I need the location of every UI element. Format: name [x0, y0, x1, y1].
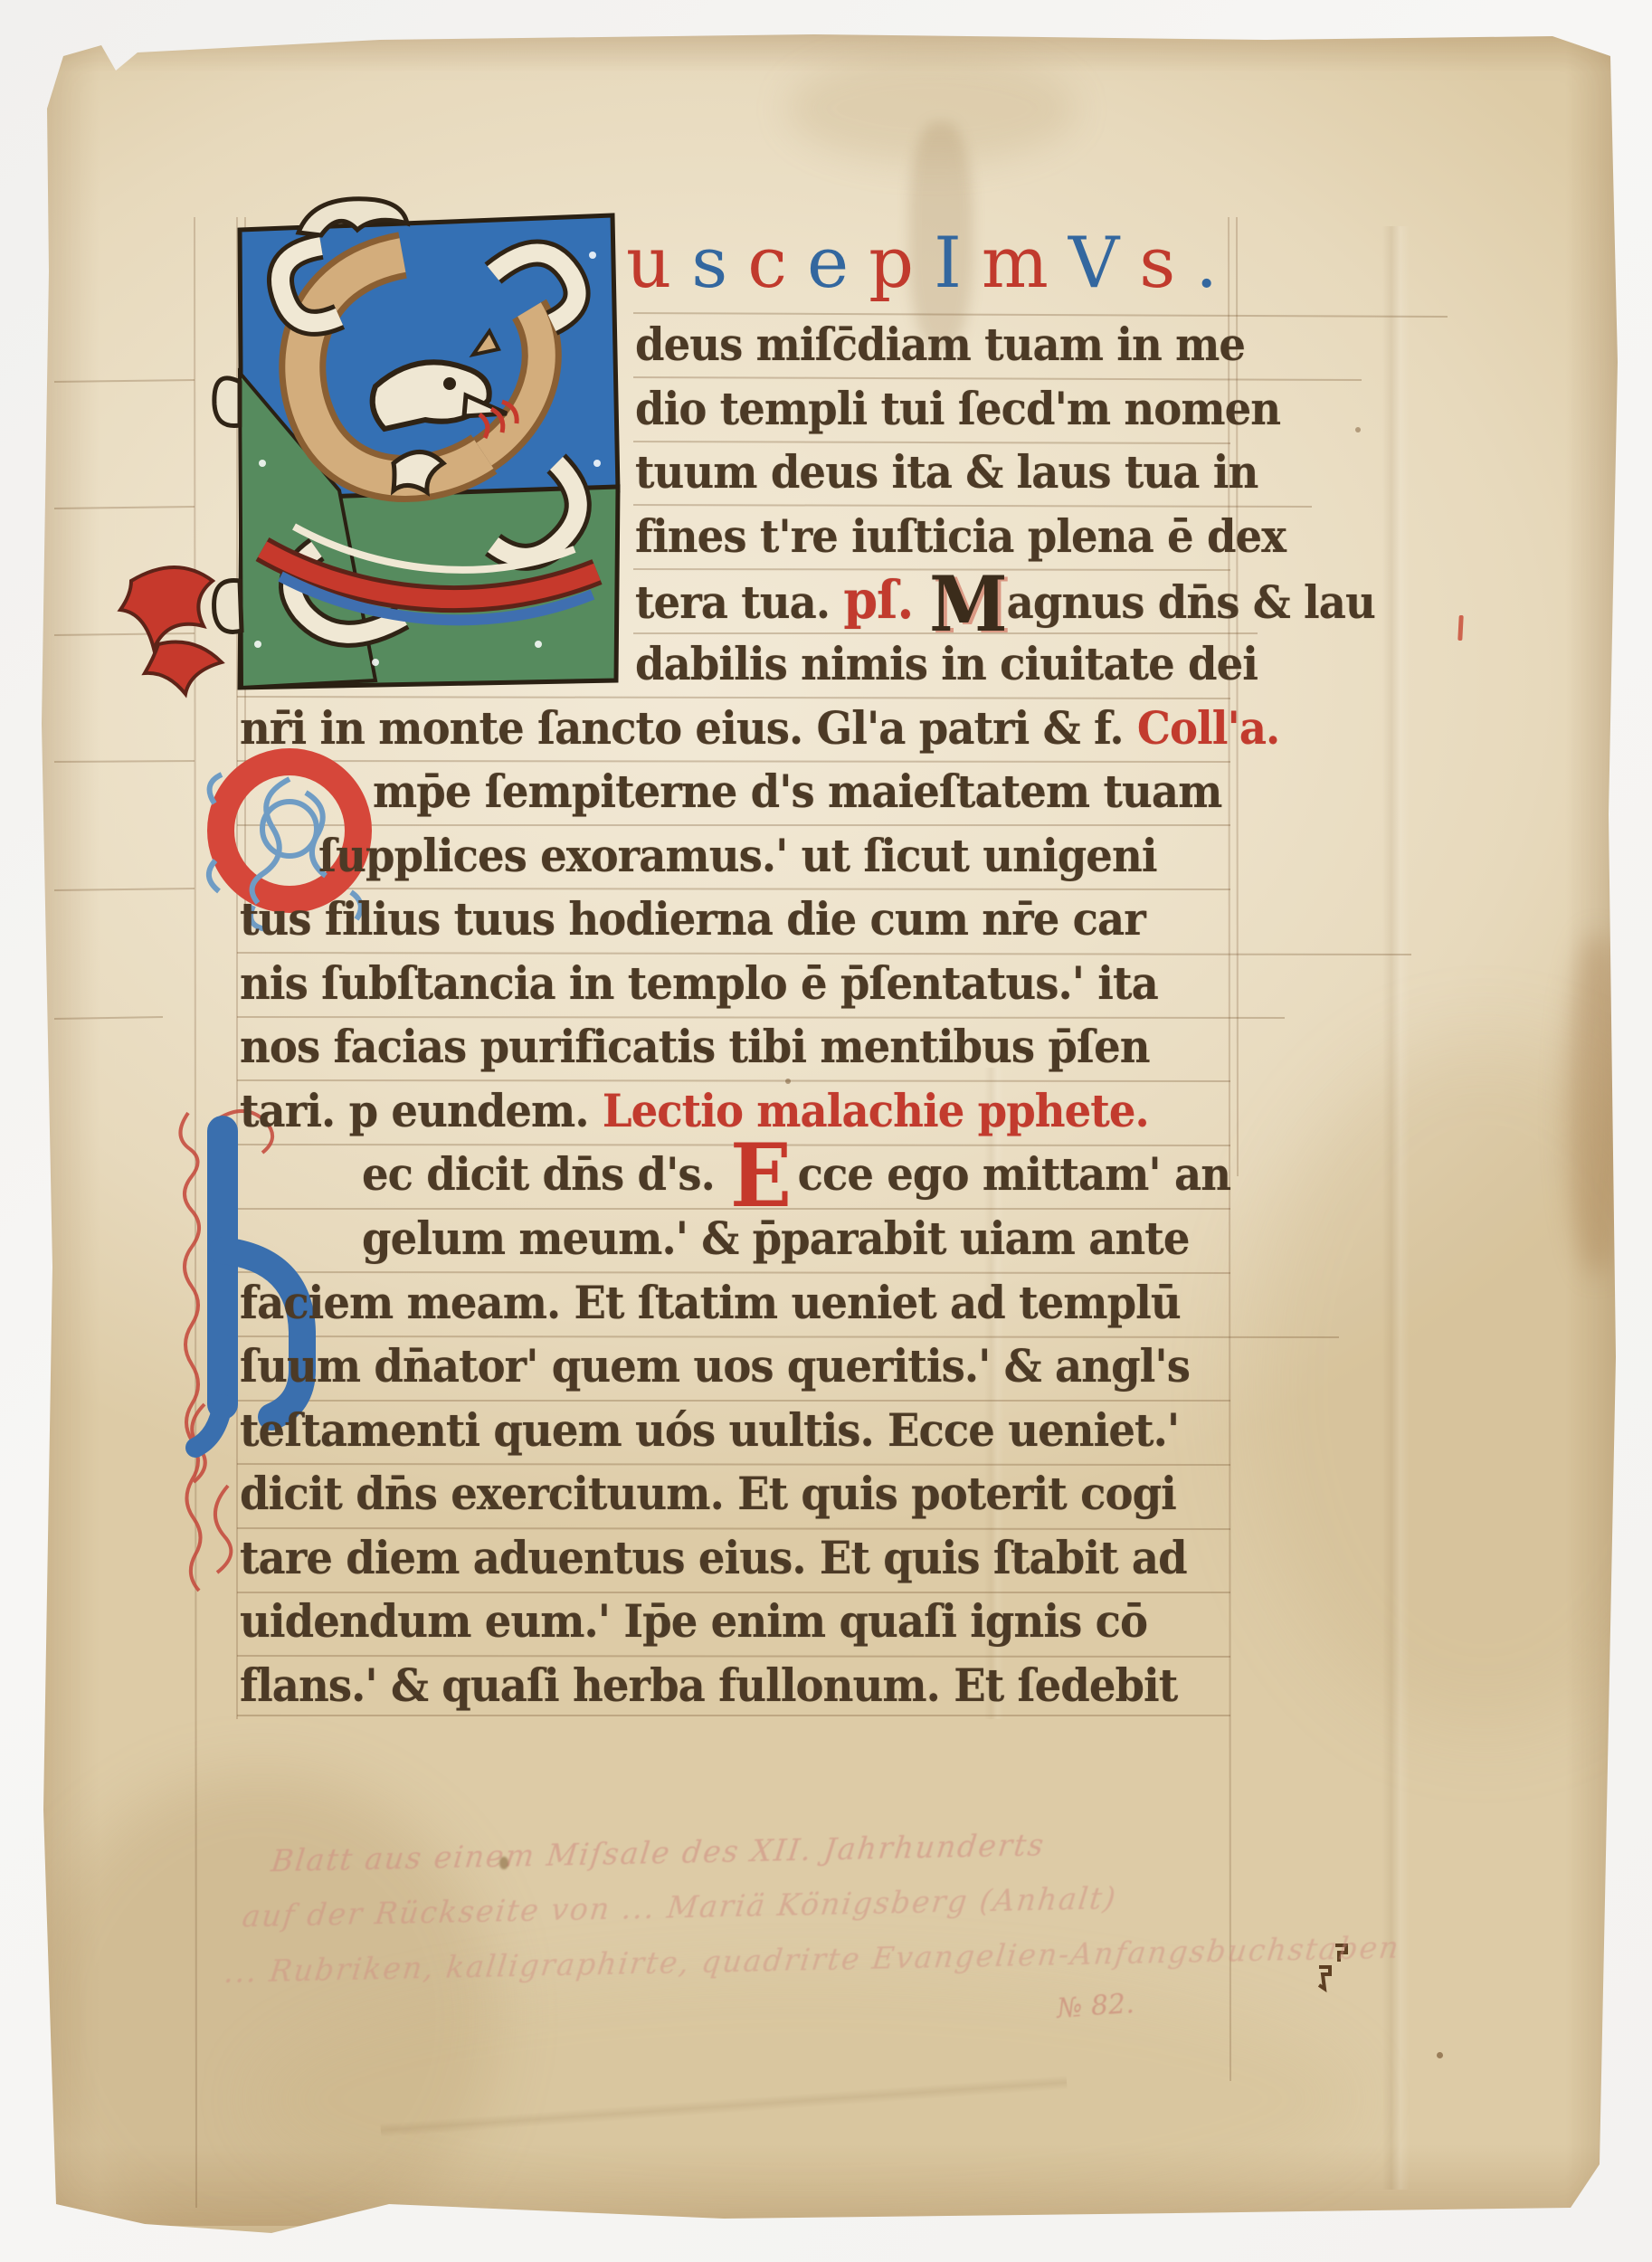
text-line: mp̄e ſempiterne d's maieſtatem tuam: [373, 765, 1221, 818]
text-line: dabilis nimis in ciuitate dei: [635, 638, 1258, 690]
psalm-sign: pſ.: [843, 569, 929, 631]
line-text: ſupplices exoramus.' ut ſicut unigeni: [318, 829, 1157, 882]
line-text: tera tua.: [635, 575, 843, 629]
text-line: nr̄i in monte ſancto eius. Gl'a patri & …: [240, 702, 1279, 755]
title-letter: .: [1195, 228, 1218, 299]
line-text: ec dicit dn̄s d's.: [362, 1147, 728, 1201]
text-line: faciem meam. Et ſtatim ueniet ad templū: [240, 1277, 1181, 1329]
text-line: nos facias purificatis tibi mentibus p̄ſ…: [240, 1021, 1150, 1073]
text-line: ſuum dn̄ator' quem uos queritis.' & angl…: [240, 1340, 1190, 1392]
parchment-leaf: u s c e p I m V s .: [0, 0, 1652, 2262]
title-letter: s: [691, 228, 727, 299]
line-text: flans.' & quaſi herba fullonum. Et ſedeb…: [240, 1658, 1177, 1712]
line-text: uidendum eum.' Ip̄e enim quaſi ignis cō: [240, 1594, 1147, 1648]
line-text: tari. p eundem.: [240, 1084, 603, 1137]
line-text: mp̄e ſempiterne d's maieſtatem tuam: [373, 765, 1221, 818]
title-letter: V: [1068, 228, 1119, 299]
text-line: ec dicit dn̄s d's. Ecce ego mittam' an: [362, 1148, 1230, 1202]
title-letter: p: [869, 228, 914, 299]
line-text: gelum meum.' & p̄parabit uiam ante: [362, 1212, 1189, 1265]
text-line: teſtamenti quem uós uultis. Ecce ueniet.…: [240, 1404, 1179, 1457]
wormhole: [1596, 2179, 1607, 2190]
text-line: tus filius tuus hodierna die cum nr̄e ca…: [240, 893, 1145, 946]
text-line: deus miſc̄diam tuam in me: [635, 318, 1245, 371]
manuscript-photo: u s c e p I m V s .: [0, 0, 1652, 2262]
text-line: tuum deus ita & laus tua in: [635, 446, 1258, 499]
line-text: agnus dn̄s & lau: [1007, 575, 1375, 629]
line-text: dicit dn̄s exercituum. Et quis poterit c…: [240, 1467, 1176, 1520]
line-text: dio templi tui ſecd'm nomen: [635, 382, 1280, 435]
line-text: tare diem aduentus eius. Et quis ſtabit …: [240, 1531, 1187, 1584]
line-text: faciem meam. Et ſtatim ueniet ad templū: [240, 1276, 1181, 1329]
text-line: gelum meum.' & p̄parabit uiam ante: [362, 1212, 1189, 1265]
text-line: dio templi tui ſecd'm nomen: [635, 383, 1280, 435]
line-text: deus miſc̄diam tuam in me: [635, 318, 1245, 371]
title-letter: s: [1139, 228, 1175, 299]
text-line: ſupplices exoramus.' ut ſicut unigeni: [318, 830, 1157, 882]
display-title-uscepimus: u s c e p I m V s .: [626, 228, 1238, 299]
line-text: tus filius tuus hodierna die cum nr̄e ca…: [240, 892, 1145, 946]
line-text: fines t're iuſticia plena ē dex: [635, 509, 1286, 563]
text-line: tare diem aduentus eius. Et quis ſtabit …: [240, 1532, 1187, 1584]
title-letter: e: [807, 228, 849, 299]
versal-m: M: [929, 559, 1007, 649]
line-text: nis ſubſtancia in templo ē p̄ſentatus.' …: [240, 956, 1158, 1010]
text-line: tera tua. pſ. Magnus dn̄s & lau: [635, 574, 1375, 631]
line-text: cce ego mittam' an: [798, 1147, 1230, 1201]
rubric-lectio: Lectio malachie pphete.: [603, 1084, 1149, 1137]
line-text: nos facias purificatis tibi mentibus p̄ſ…: [240, 1020, 1150, 1073]
line-text: tuum deus ita & laus tua in: [635, 445, 1258, 499]
line-text: nr̄i in monte ſancto eius. Gl'a patri & …: [240, 701, 1137, 755]
inscription-number: № 82.: [1056, 1988, 1135, 2025]
text-line: tari. p eundem. Lectio malachie pphete.: [240, 1085, 1149, 1137]
line-text: dabilis nimis in ciuitate dei: [635, 637, 1258, 690]
line-text: teſtamenti quem uós uultis. Ecce ueniet.…: [240, 1403, 1179, 1457]
illuminated-initial-s-dragon: [104, 192, 647, 708]
text-line: dicit dn̄s exercituum. Et quis poterit c…: [240, 1468, 1176, 1520]
text-line: uidendum eum.' Ip̄e enim quaſi ignis cō: [240, 1595, 1147, 1648]
line-text: ſuum dn̄ator' quem uos queritis.' & angl…: [240, 1339, 1190, 1392]
rubric-collecta: Coll'a.: [1137, 701, 1279, 755]
title-letter: I: [934, 228, 962, 299]
title-letter: m: [982, 228, 1049, 299]
text-line: nis ſubſtancia in templo ē p̄ſentatus.' …: [240, 957, 1158, 1010]
text-line: fines t're iuſticia plena ē dex: [635, 510, 1286, 563]
text-line: flans.' & quaſi herba fullonum. Et ſedeb…: [240, 1659, 1177, 1712]
title-letter: u: [626, 228, 671, 299]
title-letter: c: [747, 228, 787, 299]
